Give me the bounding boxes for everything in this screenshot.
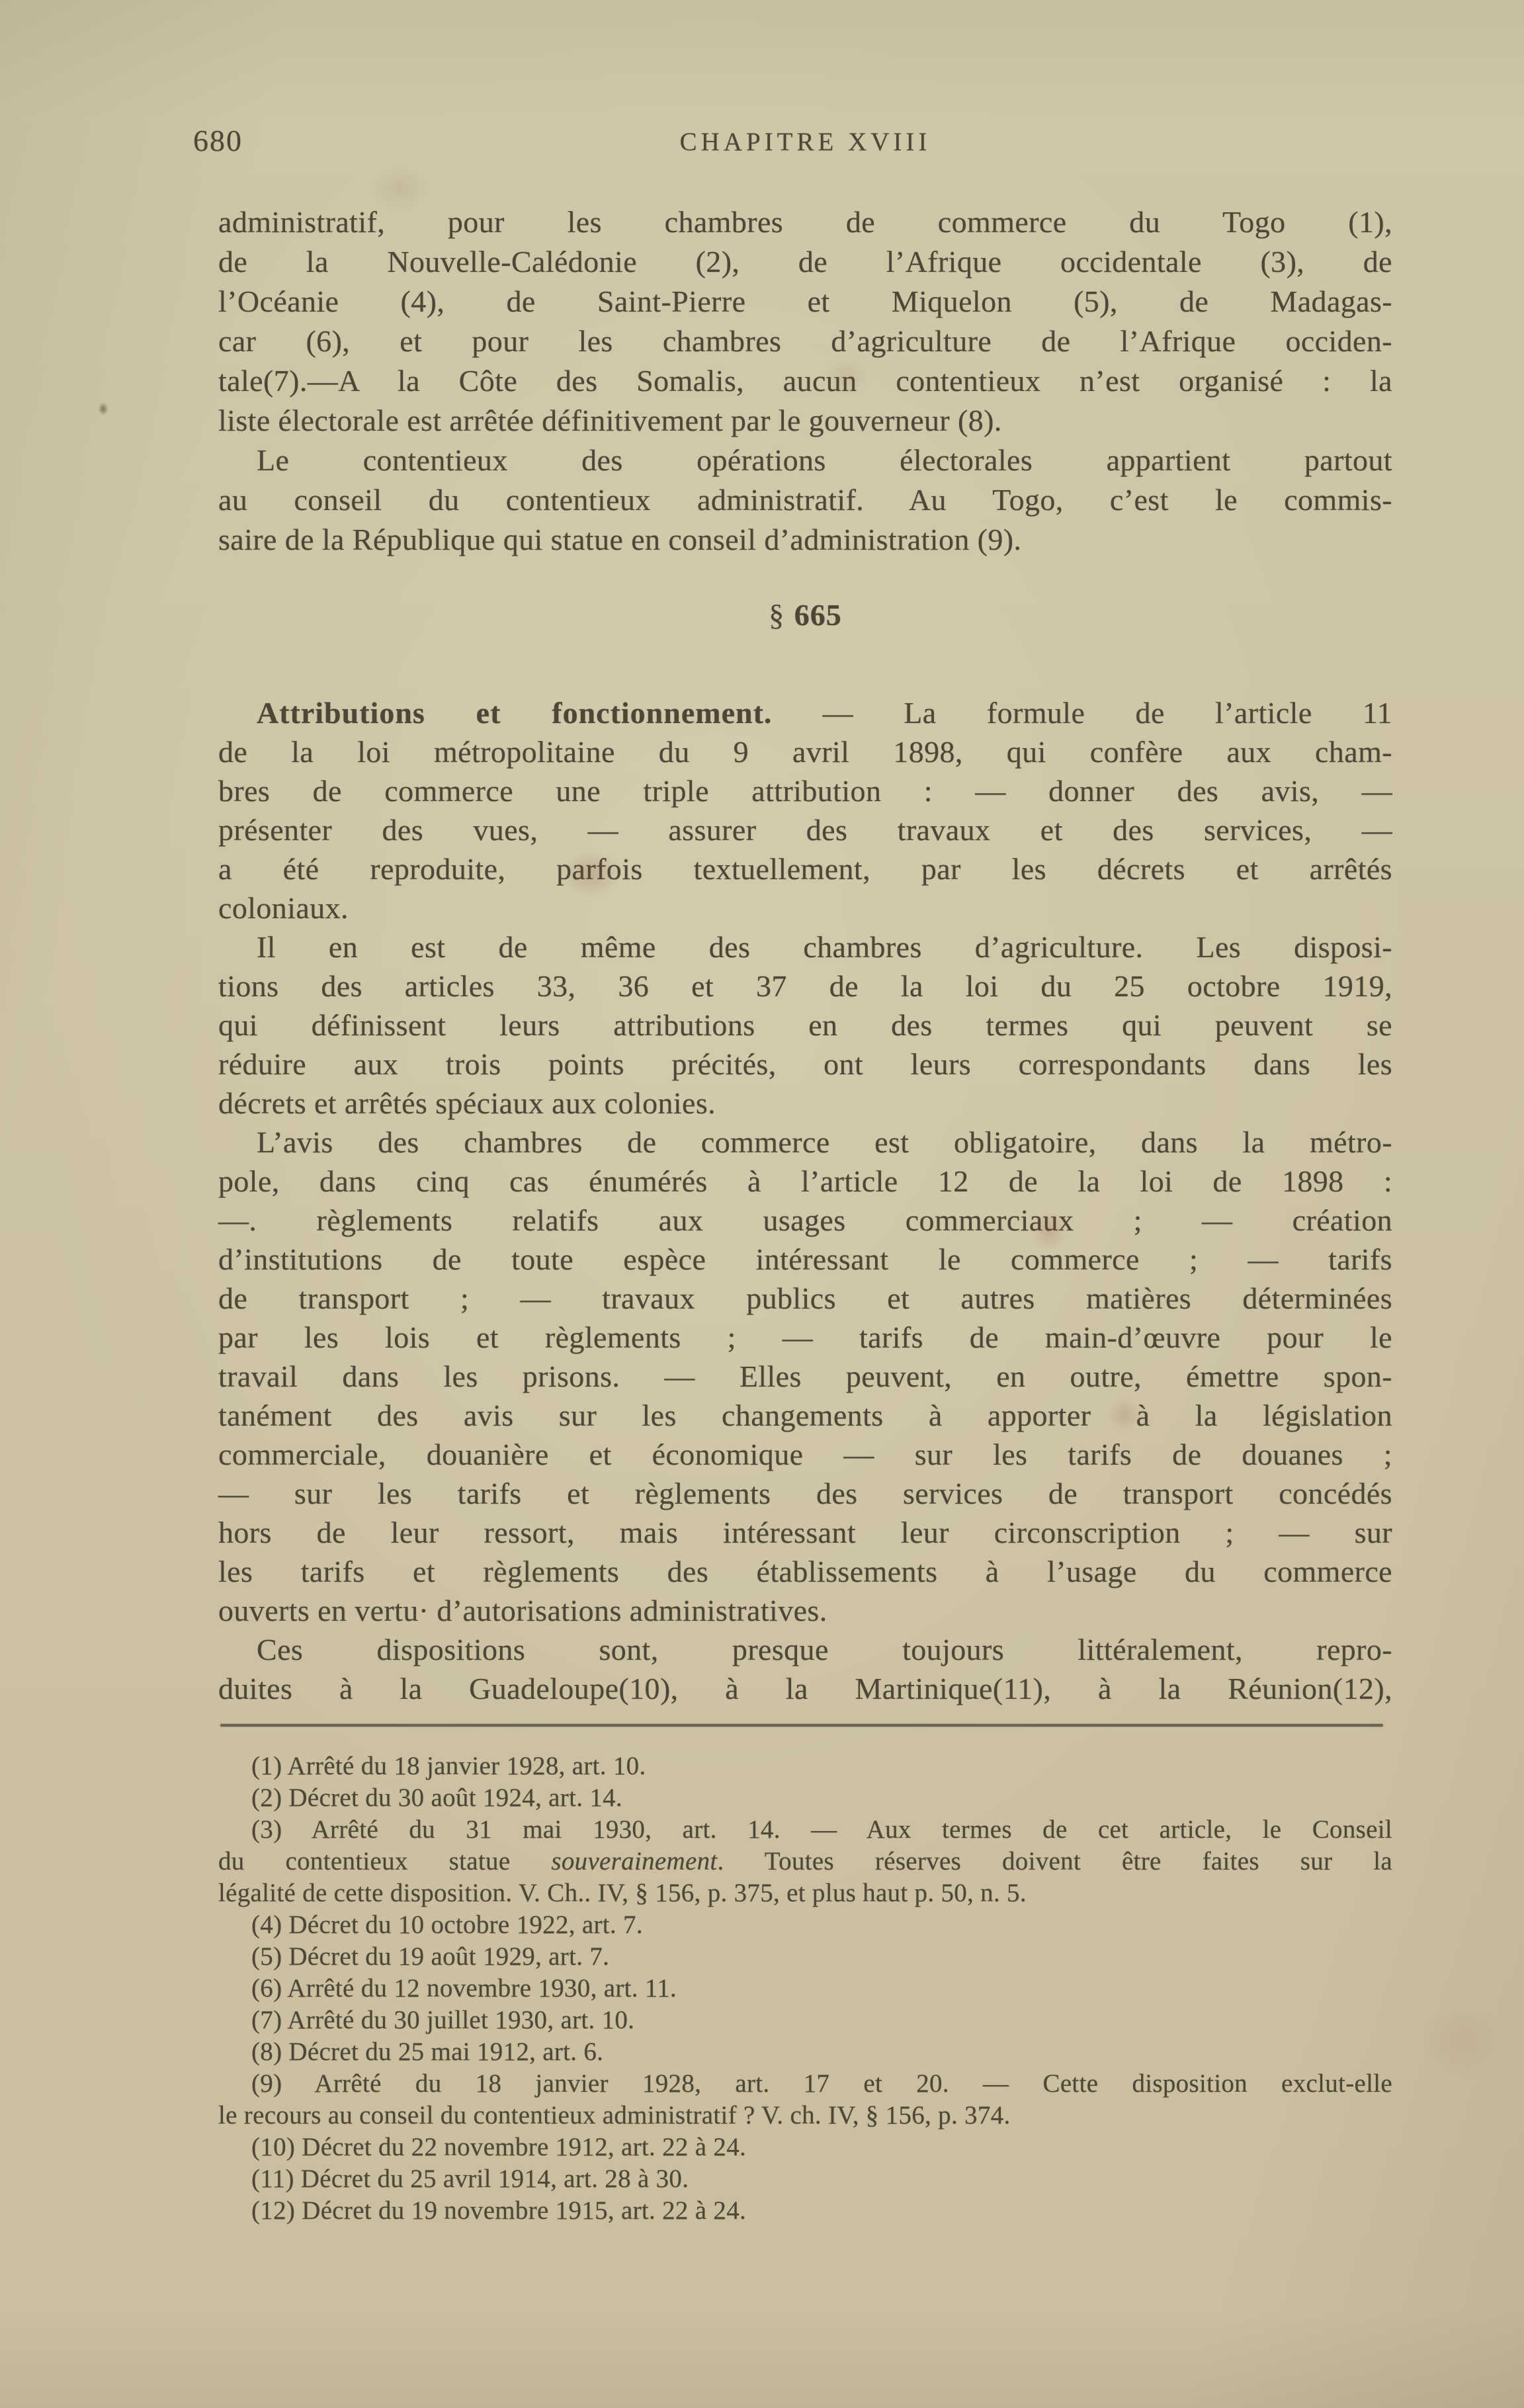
text-line: décrets et arrêtés spéciaux aux colonies… — [218, 1084, 1392, 1123]
footnote-line: (2) Décret du 30 août 1924, art. 14. — [218, 1782, 1392, 1814]
text-line: Le contentieux des opérations électorale… — [218, 441, 1392, 480]
text-line: — sur les tarifs et règlements des servi… — [218, 1474, 1392, 1513]
book-page: 680 CHAPITRE XVIII administratif, pour l… — [0, 0, 1524, 2408]
text-line: tale(7).—A la Côte des Somalis, aucun co… — [218, 361, 1392, 401]
body-text-top: administratif, pour les chambres de comm… — [218, 202, 1392, 560]
footnote-line: du contentieux statue souverainement. To… — [218, 1846, 1392, 1877]
text-line: Il en est de même des chambres d’agricul… — [218, 927, 1392, 967]
text-line: L’avis des chambres de commerce est obli… — [218, 1123, 1392, 1162]
text-line: l’Océanie (4), de Saint-Pierre et Miquel… — [218, 282, 1392, 322]
text-line: duites à la Guadeloupe(10), à la Martini… — [218, 1669, 1392, 1708]
footnote-line: (8) Décret du 25 mai 1912, art. 6. — [218, 2036, 1392, 2068]
text-line: réduire aux trois points précités, ont l… — [218, 1045, 1392, 1084]
text-line: présenter des vues, — assurer des travau… — [218, 810, 1392, 849]
text-line: tanément des avis sur les changements à … — [218, 1396, 1392, 1435]
section-heading: § 665 — [218, 597, 1392, 632]
footnote-line: (6) Arrêté du 12 novembre 1930, art. 11. — [218, 1973, 1392, 2004]
text-line: bres de commerce une triple attribution … — [218, 771, 1392, 810]
footnote-line: le recours au conseil du contentieux adm… — [218, 2100, 1392, 2131]
paper-stain — [1422, 2004, 1502, 2077]
text-line: les tarifs et règlements des établisseme… — [218, 1552, 1392, 1591]
footnote-line: (11) Décret du 25 avril 1914, art. 28 à … — [218, 2163, 1392, 2195]
footnote-line: légalité de cette disposition. V. Ch.. I… — [218, 1877, 1392, 1909]
footnote-line: (9) Arrêté du 18 janvier 1928, art. 17 e… — [218, 2068, 1392, 2100]
footnote-line: (4) Décret du 10 octobre 1922, art. 7. — [218, 1909, 1392, 1941]
footnotes-block: (1) Arrêté du 18 janvier 1928, art. 10.(… — [218, 1750, 1392, 2227]
text-line: de transport ; — travaux publics et autr… — [218, 1279, 1392, 1318]
footnote-line: (5) Décret du 19 août 1929, art. 7. — [218, 1941, 1392, 1973]
text-line: pole, dans cinq cas énumérés à l’article… — [218, 1162, 1392, 1201]
text-line: de la loi métropolitaine du 9 avril 1898… — [218, 732, 1392, 771]
text-line: hors de leur ressort, mais intéressant l… — [218, 1513, 1392, 1552]
text-line: —. règlements relatifs aux usages commer… — [218, 1201, 1392, 1240]
footnote-line: (7) Arrêté du 30 juillet 1930, art. 10. — [218, 2004, 1392, 2036]
text-line: Ces dispositions sont, presque toujours … — [218, 1630, 1392, 1669]
text-line: coloniaux. — [218, 888, 1392, 927]
text-line: liste électorale est arrêtée définitivem… — [218, 401, 1392, 441]
text-line: de la Nouvelle-Calédonie (2), de l’Afriq… — [218, 242, 1392, 282]
text-line: tions des articles 33, 36 et 37 de la lo… — [218, 967, 1392, 1006]
text-line: par les lois et règlements ; — tarifs de… — [218, 1318, 1392, 1357]
footnote-line: (12) Décret du 19 novembre 1915, art. 22… — [218, 2195, 1392, 2227]
text-line: au conseil du contentieux administratif.… — [218, 480, 1392, 520]
footnote-line: (1) Arrêté du 18 janvier 1928, art. 10. — [218, 1750, 1392, 1782]
text-line: saire de la République qui statue en con… — [218, 520, 1392, 560]
footnote-line: (10) Décret du 22 novembre 1912, art. 22… — [218, 2131, 1392, 2163]
text-line: car (6), et pour les chambres d’agricult… — [218, 322, 1392, 361]
paper-speck — [98, 402, 108, 415]
body-text-main: Attributions et fonctionnement. — La for… — [218, 693, 1392, 1708]
footnote-line: (3) Arrêté du 31 mai 1930, art. 14. — Au… — [218, 1814, 1392, 1846]
text-line: ouverts en vertu· d’autorisations admini… — [218, 1591, 1392, 1630]
chapter-header: CHAPITRE XVIII — [218, 127, 1392, 157]
text-line: travail dans les prisons. — Elles peuven… — [218, 1357, 1392, 1396]
text-line: commerciale, douanière et économique — s… — [218, 1435, 1392, 1474]
text-line: qui définissent leurs attributions en de… — [218, 1006, 1392, 1045]
text-line: Attributions et fonctionnement. — La for… — [218, 693, 1392, 732]
text-line: d’institutions de toute espèce intéressa… — [218, 1240, 1392, 1279]
footnote-separator-rule — [220, 1724, 1383, 1727]
text-line: administratif, pour les chambres de comm… — [218, 202, 1392, 242]
text-line: a été reproduite, parfois textuellement,… — [218, 849, 1392, 888]
